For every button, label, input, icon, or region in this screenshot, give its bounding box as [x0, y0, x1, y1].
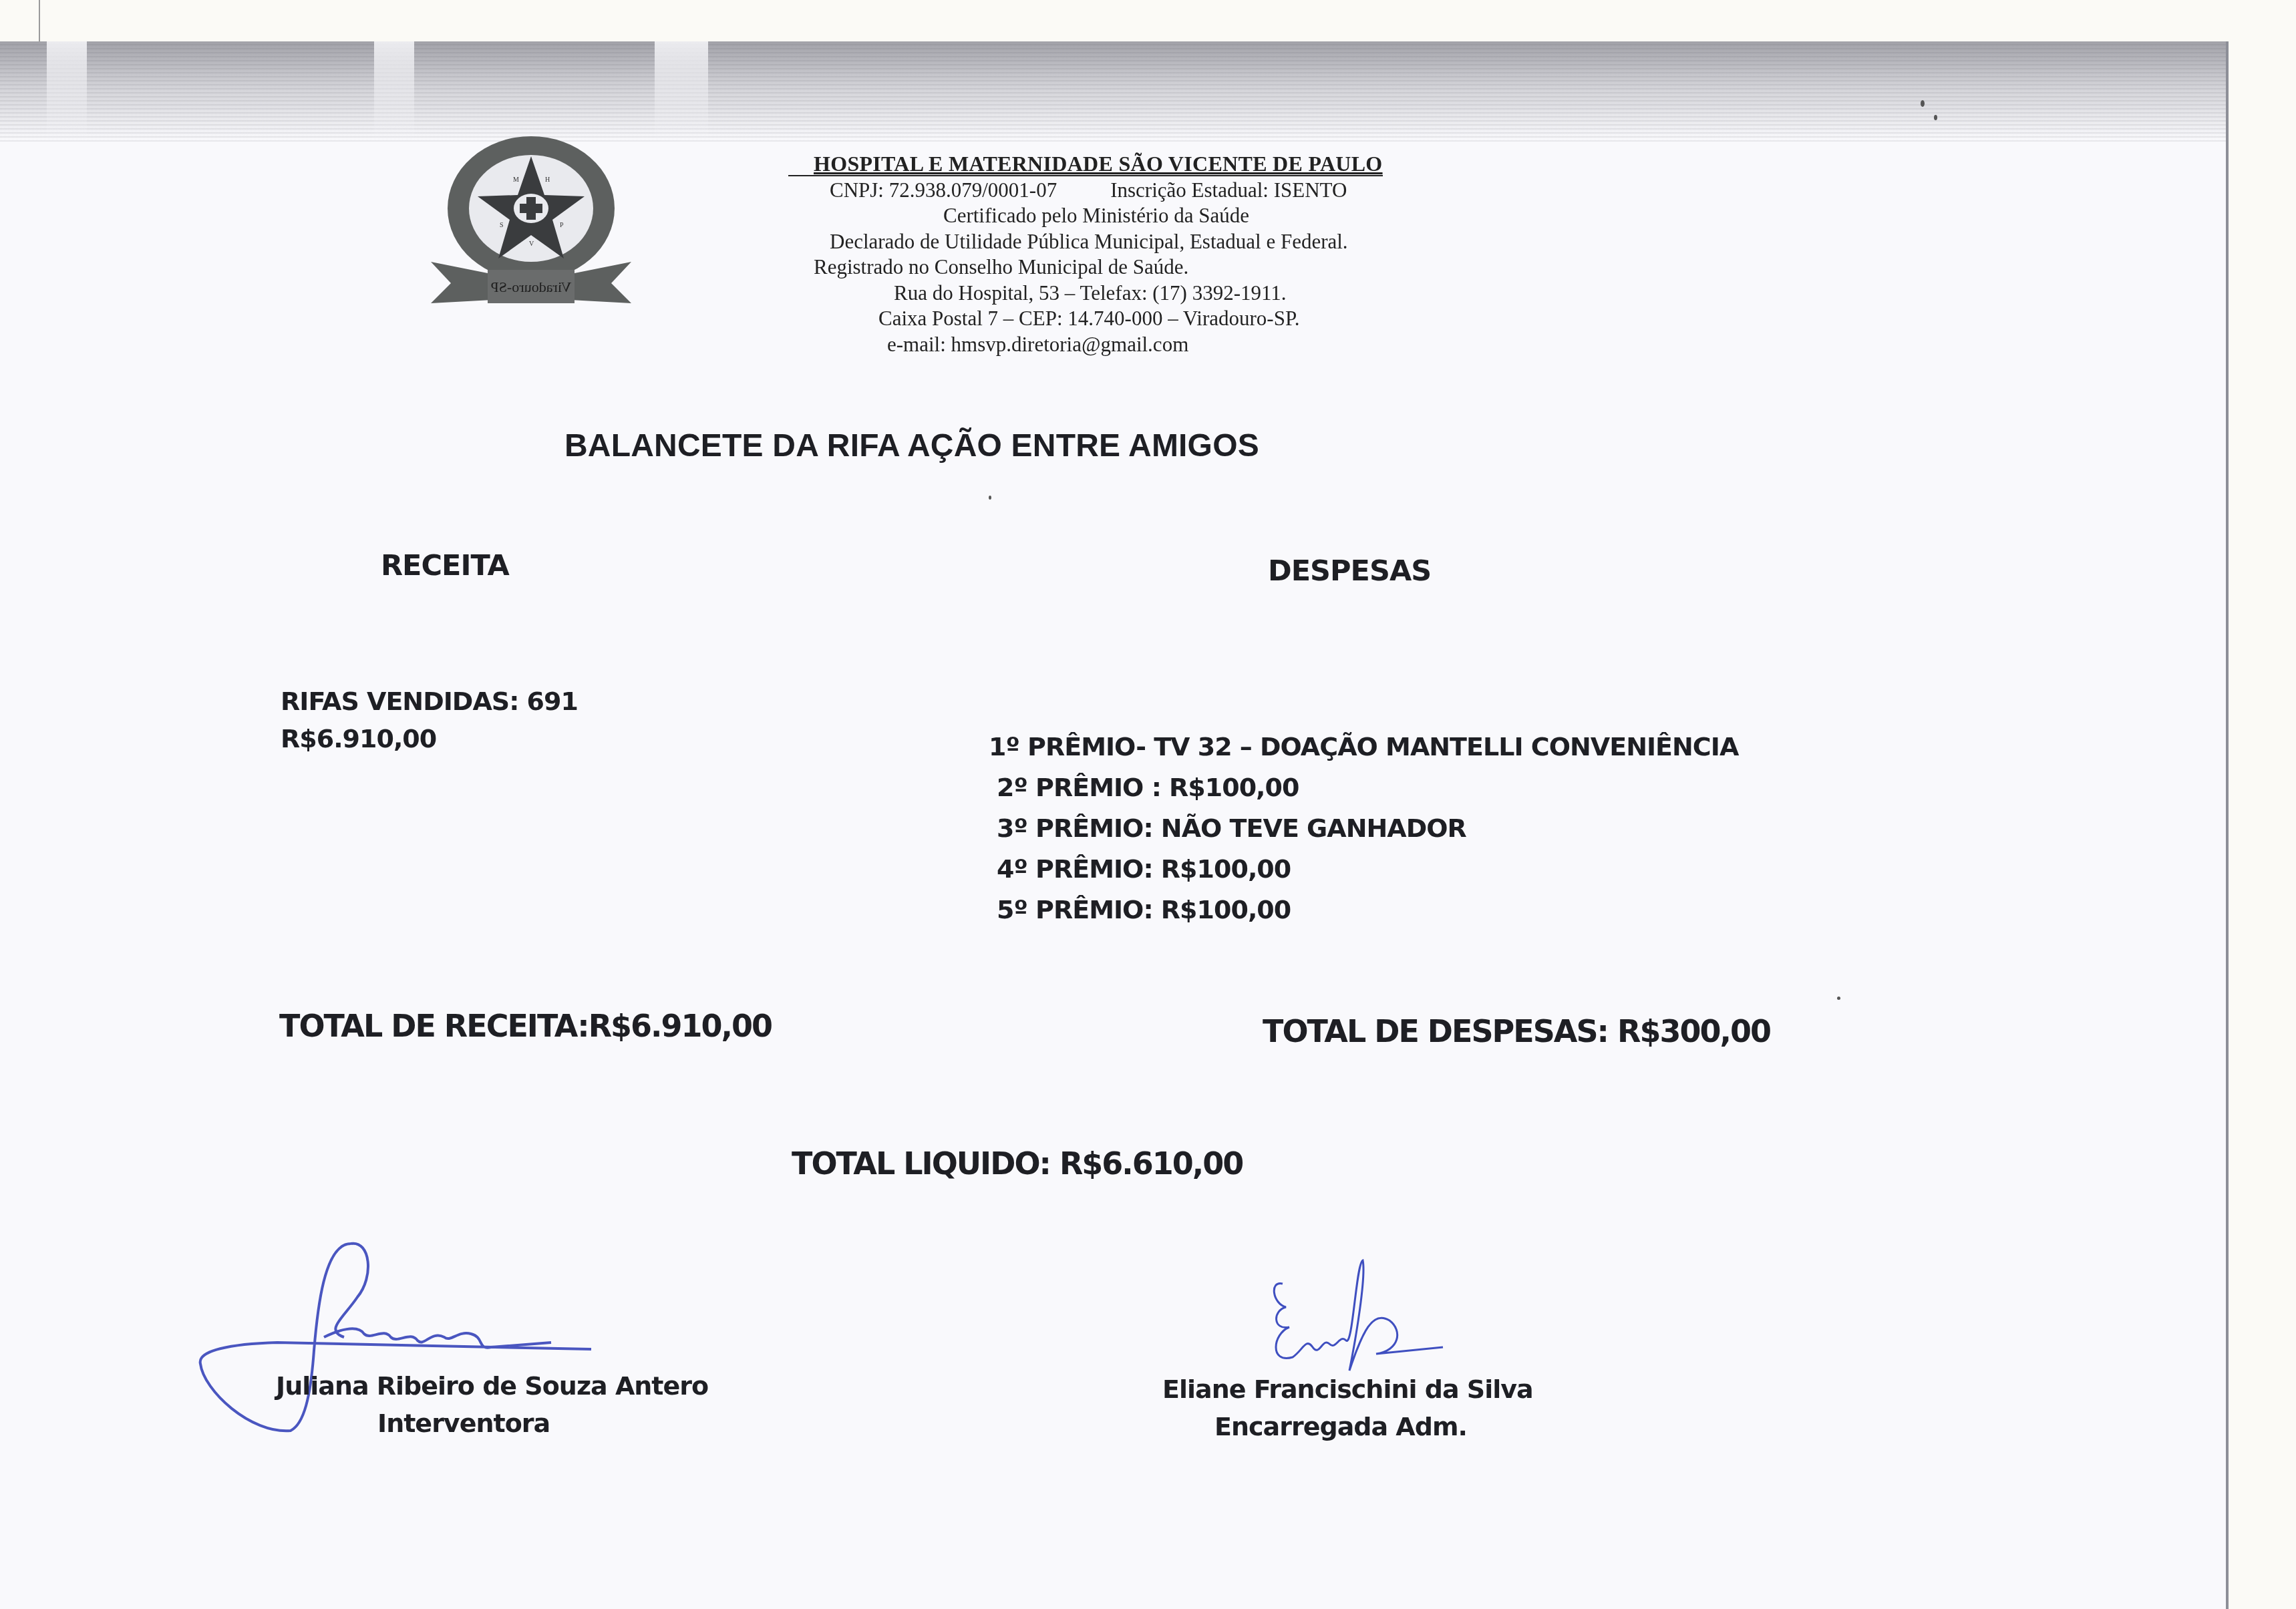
registration: Registrado no Conselho Municipal de Saúd…: [788, 254, 1416, 281]
signatory-role: Encarregada Adm.: [1149, 1408, 1523, 1445]
rifas-vendidas: RIFAS VENDIDAS: 691: [281, 683, 578, 720]
address: Rua do Hospital, 53 – Telefax: (17) 3392…: [788, 281, 1416, 307]
despesa-item: 5º PRÊMIO: R$100,00: [997, 890, 1738, 930]
total-liquido: TOTAL LIQUIDO: R$6.610,00: [792, 1145, 1243, 1182]
letterhead: HOSPITAL E MATERNIDADE SÃO VICENTE DE PA…: [788, 152, 1416, 357]
logo-letter: H: [545, 176, 550, 184]
receita-details: RIFAS VENDIDAS: 691 R$6.910,00: [281, 683, 578, 757]
total-despesas: TOTAL DE DESPESAS: R$300,00: [1263, 1013, 1770, 1049]
despesa-item: 2º PRÊMIO : R$100,00: [997, 767, 1738, 808]
despesa-item: 3º PRÊMIO: NÃO TEVE GANHADOR: [997, 808, 1738, 849]
total-receita: TOTAL DE RECEITA:R$6.910,00: [279, 1008, 772, 1044]
scanner-noise-band: [0, 41, 2226, 142]
email: e-mail: hmsvp.diretoria@gmail.com: [788, 332, 1416, 358]
signatory-role: Interventora: [264, 1405, 691, 1442]
signature-block-right: Eliane Francischini da Silva Encarregada…: [1149, 1371, 1523, 1445]
scan-speck: [1934, 115, 1937, 120]
signature-block-left: Juliana Ribeiro de Souza Antero Interven…: [264, 1367, 691, 1442]
scan-speck: [1837, 997, 1840, 1000]
scanned-page: M H S P V Viradouro-SP HOSPITAL E MATERN…: [0, 41, 2229, 1609]
signatory-name: Juliana Ribeiro de Souza Antero: [264, 1367, 691, 1405]
logo-letter: P: [560, 222, 564, 229]
document-title: BALANCETE DA RIFA AÇÃO ENTRE AMIGOS: [564, 427, 1259, 464]
certification: Certificado pelo Ministério da Saúde: [788, 203, 1416, 229]
scan-speck: [989, 496, 991, 500]
logo-letter: V: [529, 240, 534, 248]
despesa-item: 4º PRÊMIO: R$100,00: [997, 849, 1738, 890]
receita-valor: R$6.910,00: [281, 720, 578, 757]
scan-edge-mark: [39, 0, 40, 41]
scanner-noise-gap: [655, 41, 708, 142]
despesas-list: 1º PRÊMIO- TV 32 – DOAÇÃO MANTELLI CONVE…: [997, 727, 1738, 930]
postal-address: Caixa Postal 7 – CEP: 14.740-000 – Virad…: [788, 306, 1416, 332]
hospital-logo-icon: M H S P V Viradouro-SP: [414, 128, 648, 322]
declaration: Declarado de Utilidade Pública Municipal…: [788, 229, 1416, 255]
despesas-heading: DESPESAS: [1268, 554, 1431, 588]
scanner-noise-gap: [374, 41, 414, 142]
signatory-name: Eliane Francischini da Silva: [1149, 1371, 1523, 1408]
institution-name: HOSPITAL E MATERNIDADE SÃO VICENTE DE PA…: [788, 152, 1383, 176]
receita-heading: RECEITA: [381, 549, 509, 582]
despesa-item: 1º PRÊMIO- TV 32 – DOAÇÃO MANTELLI CONVE…: [989, 727, 1738, 767]
state-registration: Inscrição Estadual: ISENTO: [1110, 178, 1347, 202]
svg-text:Viradouro-SP: Viradouro-SP: [491, 279, 572, 295]
scanner-noise-gap: [47, 41, 87, 142]
cnpj: CNPJ: 72.938.079/0001-07: [830, 178, 1057, 202]
logo-letter: M: [513, 176, 519, 184]
logo-letter: S: [500, 222, 504, 229]
scan-speck: [1921, 100, 1925, 107]
